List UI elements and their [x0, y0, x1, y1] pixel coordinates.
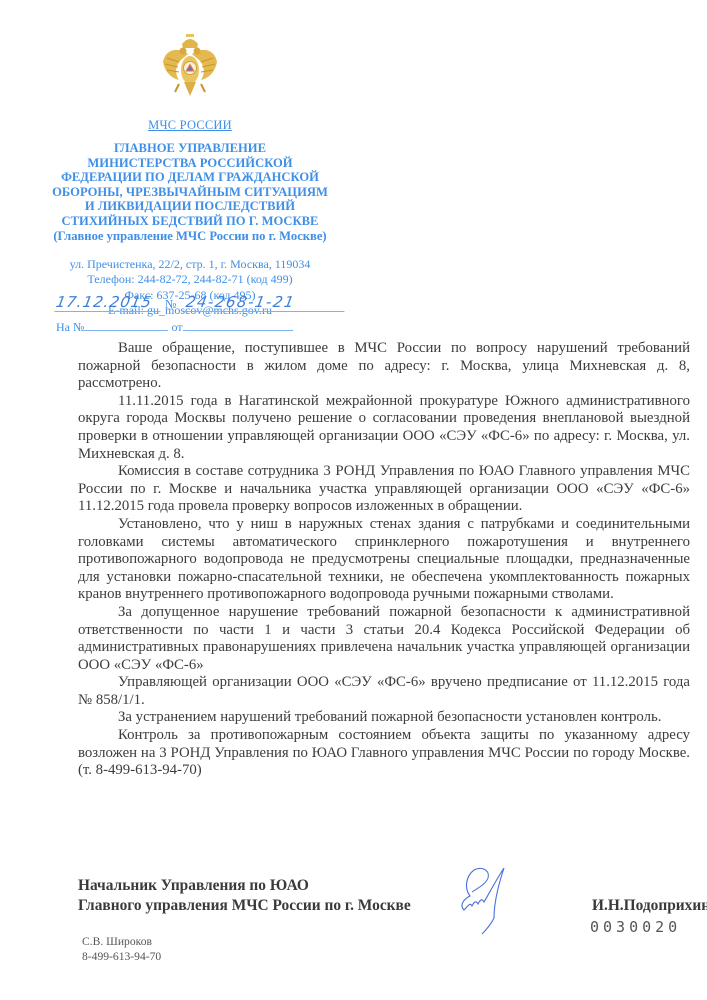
- signer-name: И.Н.Подоприхин: [592, 896, 707, 916]
- agency-full-name: ГЛАВНОЕ УПРАВЛЕНИЕ МИНИСТЕРСТВА РОССИЙСК…: [40, 141, 340, 229]
- agency-full-name-line: ОБОРОНЫ, ЧРЕЗВЫЧАЙНЫМ СИТУАЦИЯМ: [40, 185, 340, 200]
- reply-from-blank: [183, 320, 293, 331]
- body-paragraph: За устранением нарушений требований пожа…: [78, 709, 690, 727]
- body-paragraph: Комиссия в составе сотрудника 3 РОНД Упр…: [78, 463, 690, 516]
- agency-address: ул. Пречистенка, 22/2, стр. 1, г. Москва…: [40, 257, 340, 272]
- agency-phone: Телефон: 244-82-72, 244-82-71 (код 499): [40, 272, 340, 287]
- body-paragraph: 11.11.2015 года в Нагатинской межрайонно…: [78, 393, 690, 463]
- reply-reference-line: На № от: [56, 320, 293, 335]
- agency-full-name-line: ГЛАВНОЕ УПРАВЛЕНИЕ: [40, 141, 340, 156]
- mchs-emblem-icon: [155, 32, 225, 104]
- reply-to-blank: [84, 320, 168, 331]
- registration-number: 24-268-1-21: [184, 293, 347, 312]
- registration-number-label: №: [165, 297, 176, 312]
- body-paragraph: Ваше обращение, поступившее в МЧС России…: [78, 340, 690, 393]
- agency-full-name-line: СТИХИЙНЫХ БЕДСТВИЙ ПО Г. МОСКВЕ: [40, 214, 340, 229]
- agency-full-name-line: И ЛИКВИДАЦИИ ПОСЛЕДСТВИЙ: [40, 199, 340, 214]
- letter-body: Ваше обращение, поступившее в МЧС России…: [78, 340, 690, 780]
- document-serial-number: 0030020: [590, 918, 681, 936]
- body-paragraph: За допущенное нарушение требований пожар…: [78, 604, 690, 674]
- handwritten-signature-icon: [452, 862, 514, 937]
- executor-info: С.В. Широков 8-499-613-94-70: [82, 934, 161, 964]
- letterhead: МЧС РОССИИ ГЛАВНОЕ УПРАВЛЕНИЕ МИНИСТЕРСТ…: [40, 20, 340, 318]
- agency-full-name-line: МИНИСТЕРСТВА РОССИЙСКОЙ: [40, 156, 340, 171]
- signer-title-line-1: Начальник Управления по ЮАО: [78, 876, 698, 896]
- registration-line: 17.12.2015 № 24-268-1-21: [56, 293, 346, 317]
- executor-phone: 8-499-613-94-70: [82, 949, 161, 964]
- agency-full-name-line: ФЕДЕРАЦИИ ПО ДЕЛАМ ГРАЖДАНСКОЙ: [40, 170, 340, 185]
- body-paragraph: Управляющей организации ООО «СЭУ «ФС-6» …: [78, 674, 690, 709]
- signature-block: Начальник Управления по ЮАО Главного упр…: [78, 876, 698, 916]
- reply-from-label: от: [171, 320, 182, 334]
- agency-short-name: МЧС РОССИИ: [40, 118, 340, 133]
- reply-to-label: На №: [56, 320, 84, 334]
- registration-date: 17.12.2015: [54, 293, 163, 312]
- body-paragraph: Установлено, что у ниш в наружных стенах…: [78, 516, 690, 604]
- executor-name: С.В. Широков: [82, 934, 161, 949]
- agency-abbreviation: (Главное управление МЧС России по г. Мос…: [40, 229, 340, 244]
- body-paragraph: Контроль за противопожарным состоянием о…: [78, 727, 690, 780]
